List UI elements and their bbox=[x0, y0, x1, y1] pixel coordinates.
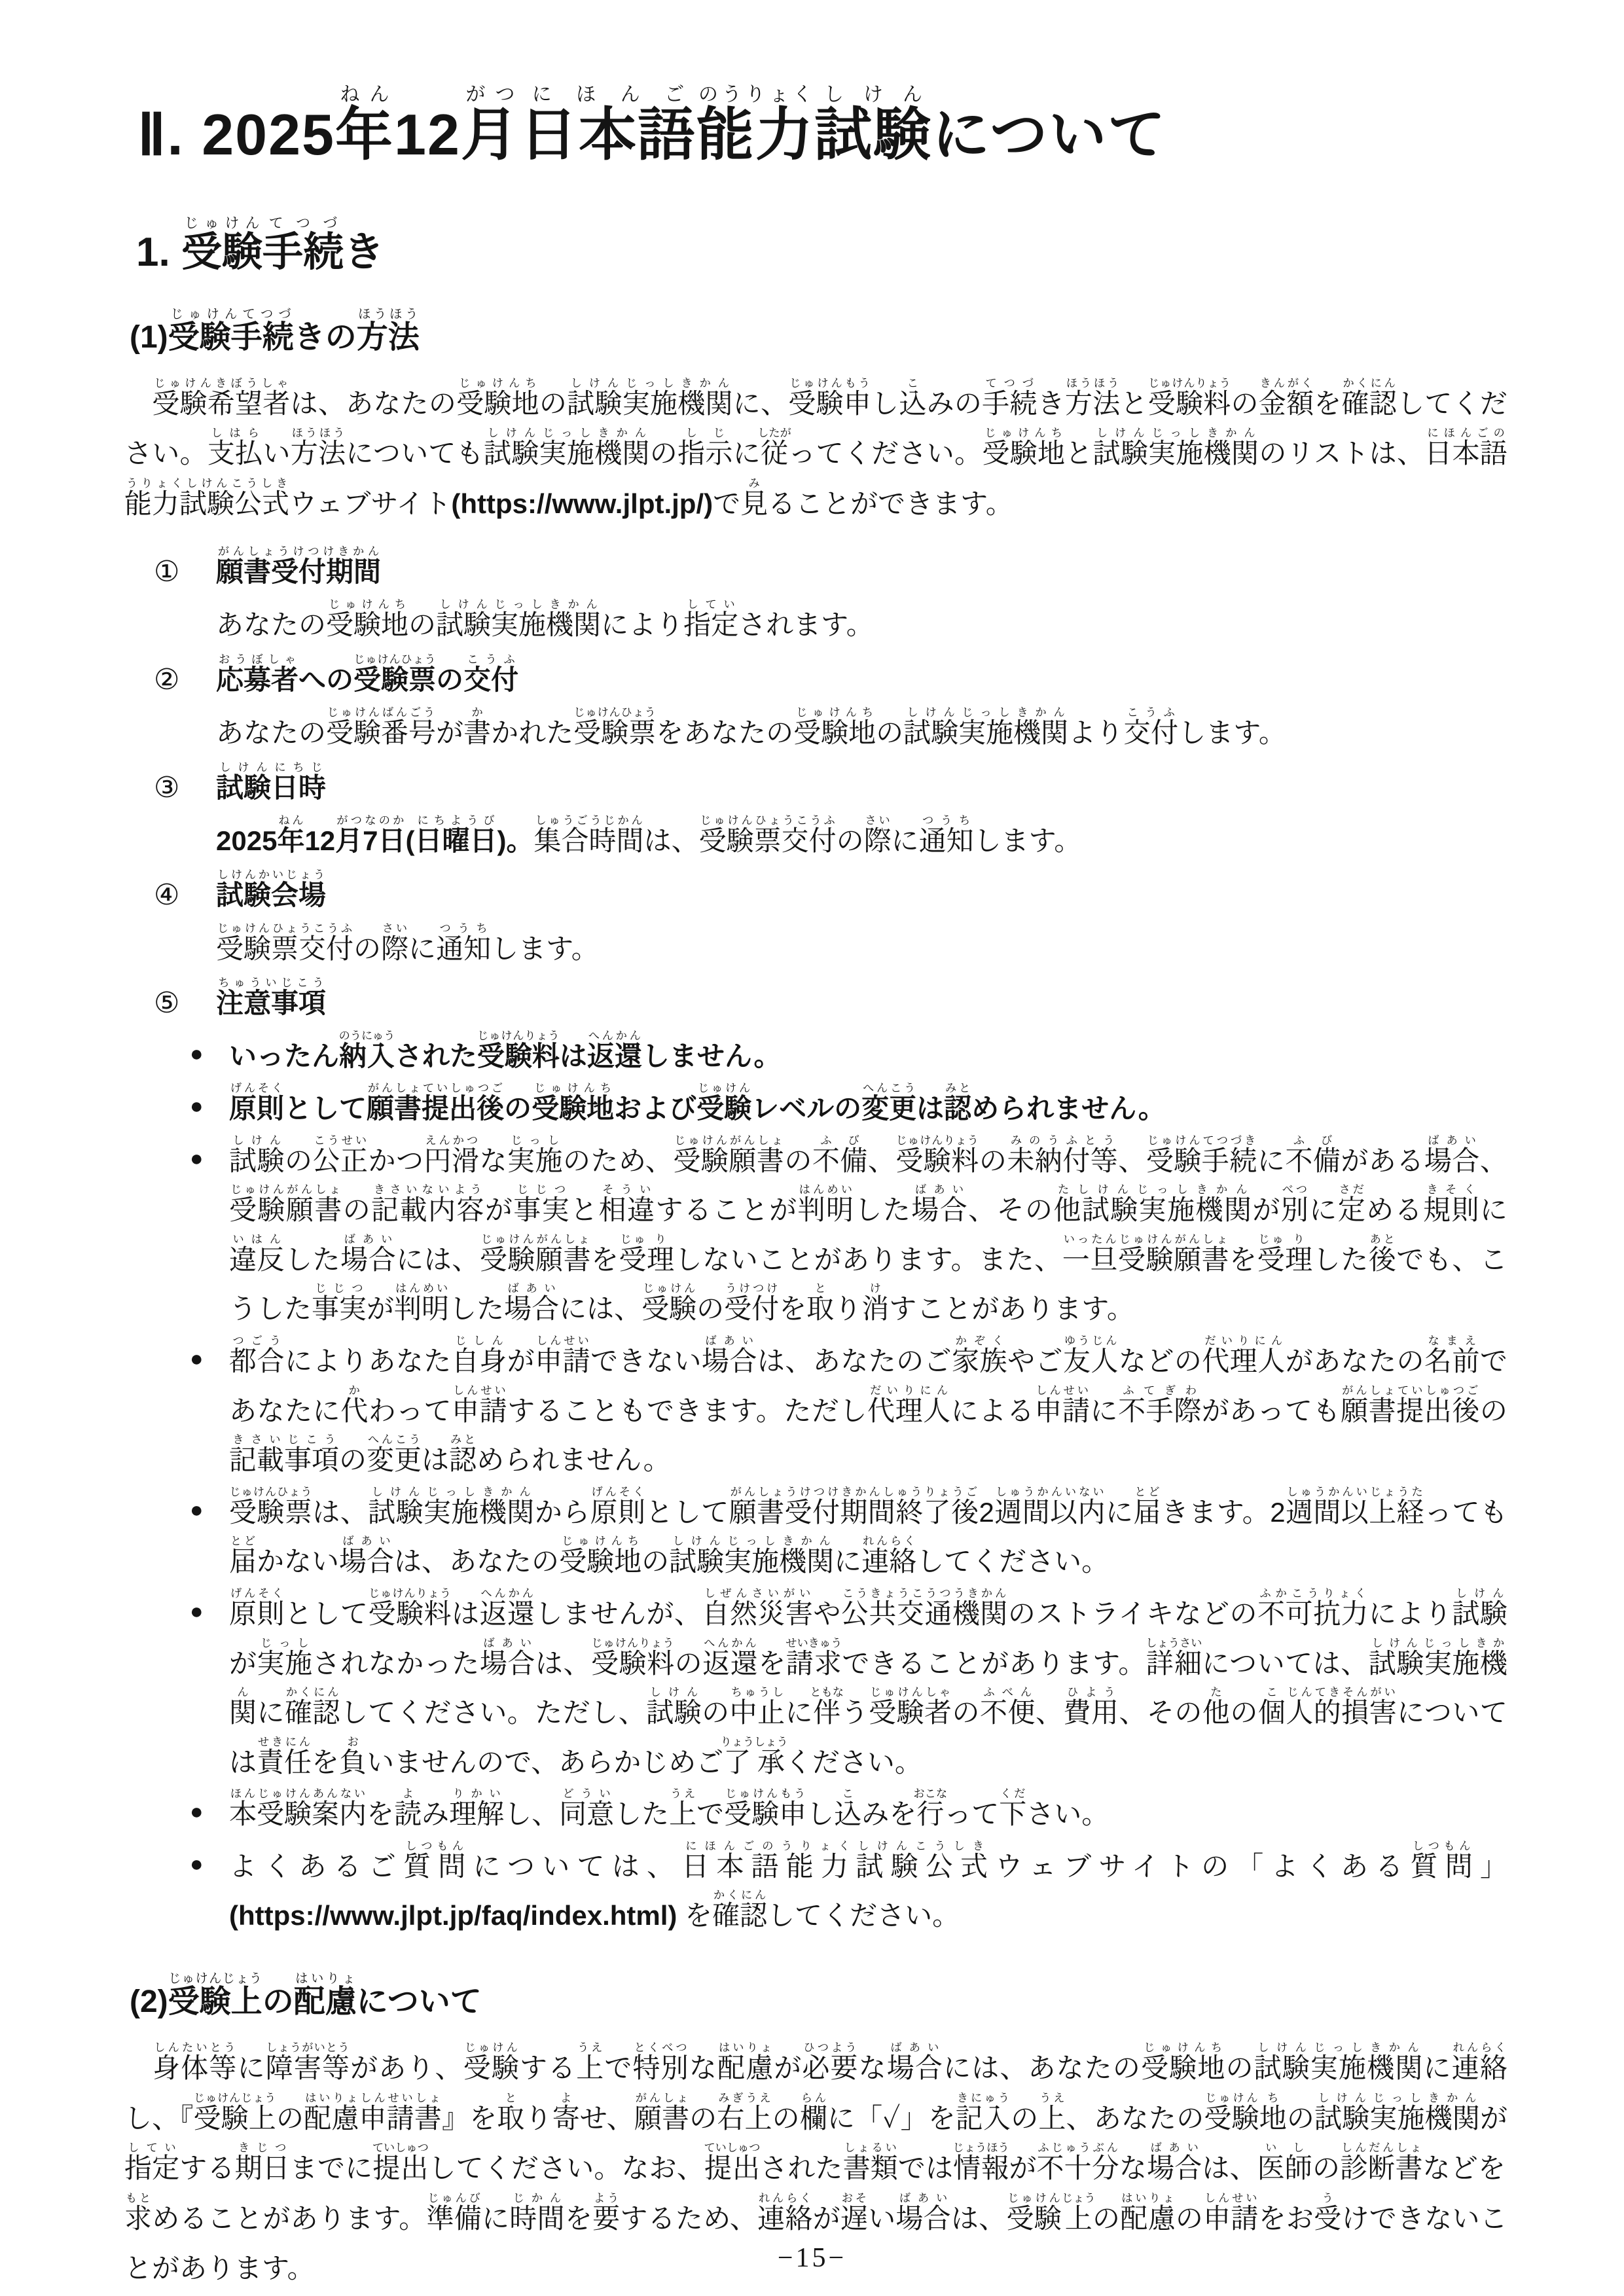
circled-number-icon: ① bbox=[154, 546, 216, 598]
circled-number-icon: ③ bbox=[154, 762, 216, 814]
bullet-icon: ● bbox=[190, 1839, 229, 1941]
bullet-text: 受験票じゅけんひょうは、試験実施機関しけんじっしきかんから原則げんそくとして願書… bbox=[229, 1485, 1507, 1587]
bullet-text: 試験しけんの公正こうせいかつ円滑えんかつな実施じっしのため、受験願書じゅけんがん… bbox=[229, 1134, 1507, 1334]
bullet-text: いったん納入のうにゅうされた受験料じゅけんりょうは返還へんかんしません。 bbox=[229, 1029, 1507, 1081]
bullet-icon: ● bbox=[190, 1587, 229, 1787]
bullet-text: 原則げんそくとして受験料じゅけんりょうは返還へんかんしませんが、自然災害しぜんさ… bbox=[229, 1587, 1507, 1787]
application-procedure-paragraph: 受験希望者じゅけんきぼうしゃは、あなたの受験地じゅけんちの試験実施機関しけんじっ… bbox=[124, 376, 1507, 529]
bullet-text: 都合つごうによりあなた自身じしんが申請しんせいできない場合ばあいは、あなたのご家… bbox=[229, 1334, 1507, 1485]
circled-number-icon: ④ bbox=[154, 869, 216, 921]
subsection-2-heading: (2)受験上じゅけんじょうの配慮はいりょについて bbox=[130, 1972, 1507, 2028]
item-body: あなたの受験番号じゅけんばんごうが書かかれた受験票じゅけんひょうをあなたの受験地… bbox=[216, 706, 1507, 758]
numbered-item: ④試験会場しけんかいじょう受験票交付じゅけんひょうこうふの際さいに通知つうちしま… bbox=[154, 868, 1507, 973]
item-heading: 願書受付期間がんしょうけつけきかん bbox=[216, 545, 381, 597]
document-page: Ⅱ. 2025年ねん12月がつ日本語にほんご能力のうりょく試験しけんについて 1… bbox=[0, 0, 1624, 2296]
numbered-item: ①願書受付期間がんしょうけつけきかんあなたの受験地じゅけんちの試験実施機関しけん… bbox=[154, 545, 1507, 650]
bullet-item: ●本受験案内ほんじゅけんあんないを読よみ理解りかいし、同意どういした上うえで受験… bbox=[190, 1787, 1507, 1839]
item-body: あなたの受験地じゅけんちの試験実施機関しけんじっしきかんにより指定していされます… bbox=[216, 598, 1507, 650]
bullet-item: ●よくあるご質問しつもんについては、日本語能力試験公式にほんごのうりょくしけんこ… bbox=[190, 1839, 1507, 1941]
bullet-text: よくあるご質問しつもんについては、日本語能力試験公式にほんごのうりょくしけんこう… bbox=[229, 1839, 1507, 1941]
bullet-icon: ● bbox=[190, 1787, 229, 1839]
circled-number-icon: ② bbox=[154, 654, 216, 706]
item-heading: 注意事項ちゅういじこう bbox=[216, 976, 326, 1028]
numbered-item: ②応募者おうぼしゃへの受験票じゅけんひょうの交付こうふあなたの受験番号じゅけんば… bbox=[154, 653, 1507, 758]
bullet-icon: ● bbox=[190, 1134, 229, 1334]
bullet-icon: ● bbox=[190, 1029, 229, 1081]
numbered-item: ⑤注意事項ちゅういじこう●いったん納入のうにゅうされた受験料じゅけんりょうは返還… bbox=[154, 976, 1507, 1941]
bullet-text: 原則げんそくとして願書提出後がんしょていしゅつごの受験地じゅけんちおよび受験じゅ… bbox=[229, 1081, 1507, 1134]
page-number: −15− bbox=[0, 2242, 1624, 2274]
subsection-1-heading: (1)受験手続じゅけんてつづきの方法ほうほう bbox=[130, 308, 1507, 363]
bullet-item: ●都合つごうによりあなた自身じしんが申請しんせいできない場合ばあいは、あなたのご… bbox=[190, 1334, 1507, 1485]
numbered-list: ①願書受付期間がんしょうけつけきかんあなたの受験地じゅけんちの試験実施機関しけん… bbox=[154, 545, 1507, 1941]
bullet-text: 本受験案内ほんじゅけんあんないを読よみ理解りかいし、同意どういした上うえで受験申… bbox=[229, 1787, 1507, 1839]
bullet-item: ●いったん納入のうにゅうされた受験料じゅけんりょうは返還へんかんしません。 bbox=[190, 1029, 1507, 1081]
bullet-item: ●原則げんそくとして受験料じゅけんりょうは返還へんかんしませんが、自然災害しぜん… bbox=[190, 1587, 1507, 1787]
bullet-icon: ● bbox=[190, 1081, 229, 1134]
item-body: 2025年ねん12月7日がつなのか(日曜日にちようび)。集合時間しゅうごうじかん… bbox=[216, 814, 1507, 866]
circled-number-icon: ⑤ bbox=[154, 977, 216, 1029]
bullet-icon: ● bbox=[190, 1485, 229, 1587]
item-heading: 試験日時しけんにちじ bbox=[216, 761, 326, 813]
numbered-item: ③試験日時しけんにちじ2025年ねん12月7日がつなのか(日曜日にちようび)。集… bbox=[154, 761, 1507, 866]
bullet-item: ●受験票じゅけんひょうは、試験実施機関しけんじっしきかんから原則げんそくとして願… bbox=[190, 1485, 1507, 1587]
page-title: Ⅱ. 2025年ねん12月がつ日本語にほんご能力のうりょく試験しけんについて bbox=[137, 84, 1507, 179]
section-1-heading: 1. 受験じゅけん手続てつづき bbox=[136, 215, 1507, 285]
bullet-item: ●試験しけんの公正こうせいかつ円滑えんかつな実施じっしのため、受験願書じゅけんが… bbox=[190, 1134, 1507, 1334]
item-body: 受験票交付じゅけんひょうこうふの際さいに通知つうちします。 bbox=[216, 922, 1507, 974]
item-heading: 試験会場しけんかいじょう bbox=[216, 868, 326, 920]
bullet-item: ●原則げんそくとして願書提出後がんしょていしゅつごの受験地じゅけんちおよび受験じ… bbox=[190, 1081, 1507, 1134]
bullet-icon: ● bbox=[190, 1334, 229, 1485]
item-heading: 応募者おうぼしゃへの受験票じゅけんひょうの交付こうふ bbox=[216, 653, 518, 705]
